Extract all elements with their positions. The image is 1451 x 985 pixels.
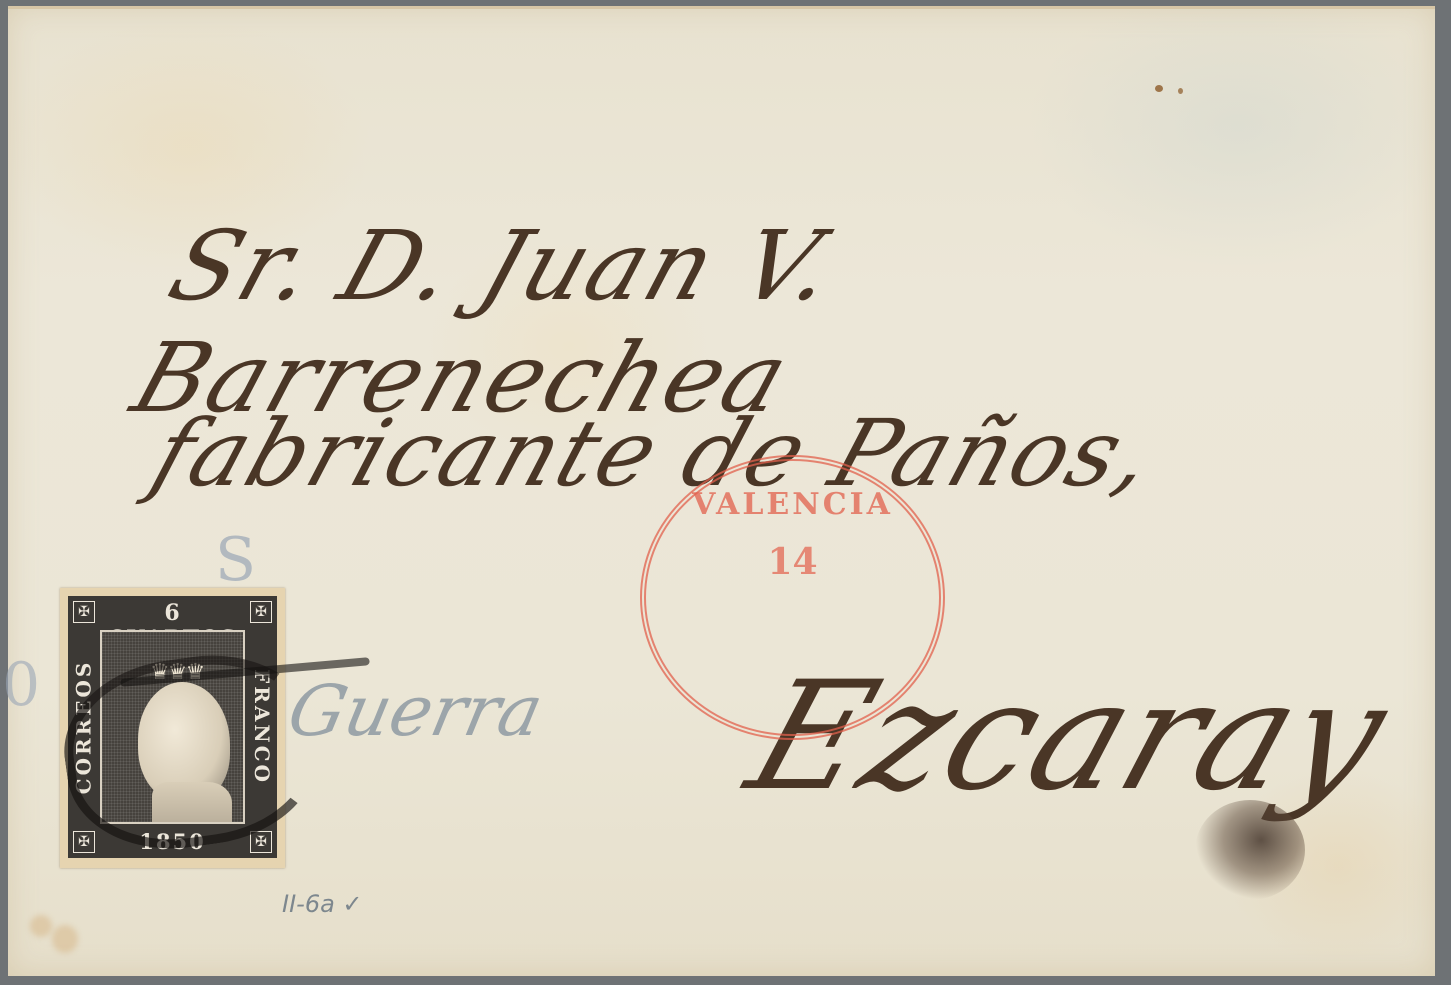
stamp-corner-ornament-icon: ✠ xyxy=(73,601,95,623)
blue-crayon-mark-left: 0 xyxy=(2,650,40,720)
stamp-corner-ornament-icon: ✠ xyxy=(250,601,272,623)
foxing-stain xyxy=(1178,88,1183,94)
pencil-signature: Guerra xyxy=(281,670,550,752)
stamp-corner-ornament-icon: ✠ xyxy=(250,831,272,853)
blue-crayon-mark: S xyxy=(215,525,256,595)
foxing-stain xyxy=(30,915,52,937)
stamp-corner-ornament-icon: ✠ xyxy=(73,831,95,853)
postage-stamp: ✠ ✠ ✠ ✠ 6 CUARTOS CORREOS FRANCO 1850 ♛♛… xyxy=(60,588,285,868)
foxing-stain xyxy=(52,925,78,953)
ink-blot xyxy=(1195,800,1305,900)
postmark-town: VALENCIA xyxy=(646,487,939,522)
red-circular-postmark: VALENCIA 14 xyxy=(640,455,945,740)
pencil-catalog-note: II-6a ✓ xyxy=(282,890,363,918)
postmark-day: 14 xyxy=(646,541,939,583)
foxing-stain xyxy=(1155,85,1163,92)
cover-top-edge xyxy=(8,6,1435,9)
stamp-value-text: 6 CUARTOS xyxy=(98,600,247,626)
